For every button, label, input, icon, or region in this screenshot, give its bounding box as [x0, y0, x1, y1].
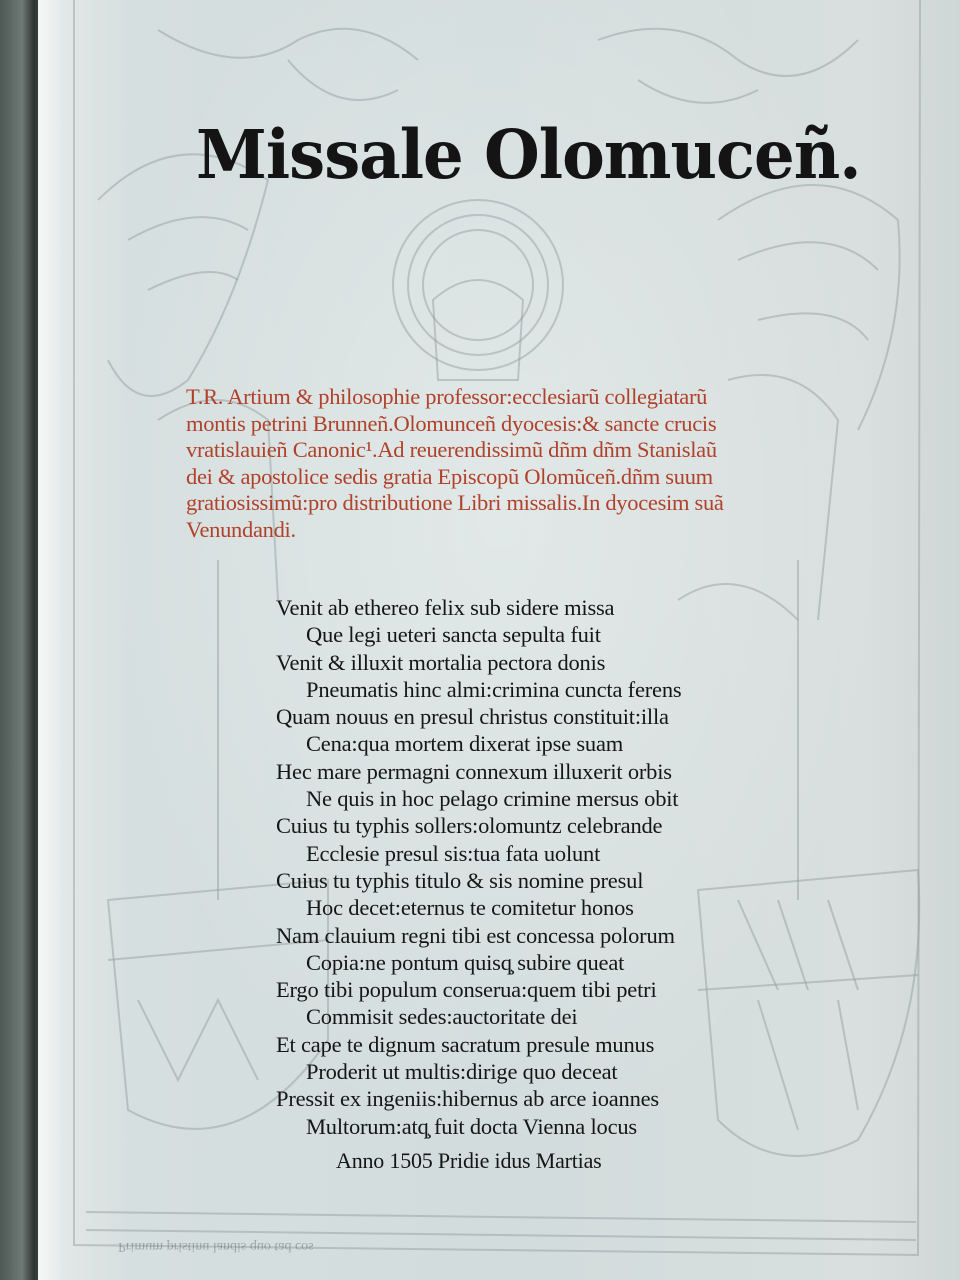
poem-verse: Hec mare permagni connexum illuxerit orb…	[276, 758, 796, 785]
poem-verse: Copia:ne pontum quisq̧ subire queat	[276, 949, 796, 976]
poem-verse: Ergo tibi populum conserua:quem tibi pet…	[276, 976, 796, 1003]
dedication-line: Venundandi.	[186, 517, 806, 544]
dedication-line: T.R. Artium & philosophie professor:eccl…	[186, 384, 806, 411]
dedication-line: dei & apostolice sedis gratia Episcopũ …	[186, 464, 806, 491]
poem-verse: Pressit ex ingeniis:hibernus ab arce ioa…	[276, 1085, 796, 1112]
book-page: Missale Olomuceñ. T.R. Artium & philoso…	[38, 0, 960, 1280]
book-gutter	[0, 0, 40, 1280]
poem-verse: Quam nouus en presul christus constituit…	[276, 703, 796, 730]
poem-verse: Multorum:atq̧ fuit docta Vienna locus	[276, 1113, 796, 1140]
poem-verse: Ecclesie presul sis:tua fata uolunt	[276, 840, 796, 867]
poem-verse: Proderit ut multis:dirige quo deceat	[276, 1058, 796, 1085]
dedication-line: gratiosissimũ:pro distributione Libri m…	[186, 490, 806, 517]
bleed-through-text: Primum pristinu landis quo tad cos	[118, 1238, 314, 1254]
poem-verse: Et cape te dignum sacratum presule munus	[276, 1031, 796, 1058]
poem-verse: Venit & illuxit mortalia pectora donis	[276, 649, 796, 676]
book-title: Missale Olomuceñ.	[196, 116, 816, 195]
colophon-date: Anno 1505 Pridie idus Martias	[336, 1148, 602, 1174]
poem-verse: Cuius tu typhis sollers:olomuntz celebra…	[276, 812, 796, 839]
poem-verse: Que legi ueteri sancta sepulta fuit	[276, 621, 796, 648]
dedication-line: vratislauieñ Canonic¹.Ad reuerendissimu…	[186, 437, 806, 464]
dedicatory-poem: Venit ab ethereo felix sub sidere missa …	[276, 594, 796, 1140]
page-edge-highlight	[38, 0, 64, 1280]
poem-verse: Venit ab ethereo felix sub sidere missa	[276, 594, 796, 621]
poem-verse: Hoc decet:eternus te comitetur honos	[276, 894, 796, 921]
poem-verse: Ne quis in hoc pelago crimine mersus obi…	[276, 785, 796, 812]
dedication-line: montis petrini Brunneñ.Olomunceñ dyoce…	[186, 411, 806, 438]
poem-verse: Pneumatis hinc almi:crimina cuncta feren…	[276, 676, 796, 703]
poem-verse: Cuius tu typhis titulo & sis nomine pres…	[276, 867, 796, 894]
dedication-paragraph: T.R. Artium & philosophie professor:eccl…	[186, 384, 806, 543]
poem-verse: Cena:qua mortem dixerat ipse suam	[276, 730, 796, 757]
poem-verse: Commisit sedes:auctoritate dei	[276, 1003, 796, 1030]
poem-verse: Nam clauium regni tibi est concessa polo…	[276, 922, 796, 949]
